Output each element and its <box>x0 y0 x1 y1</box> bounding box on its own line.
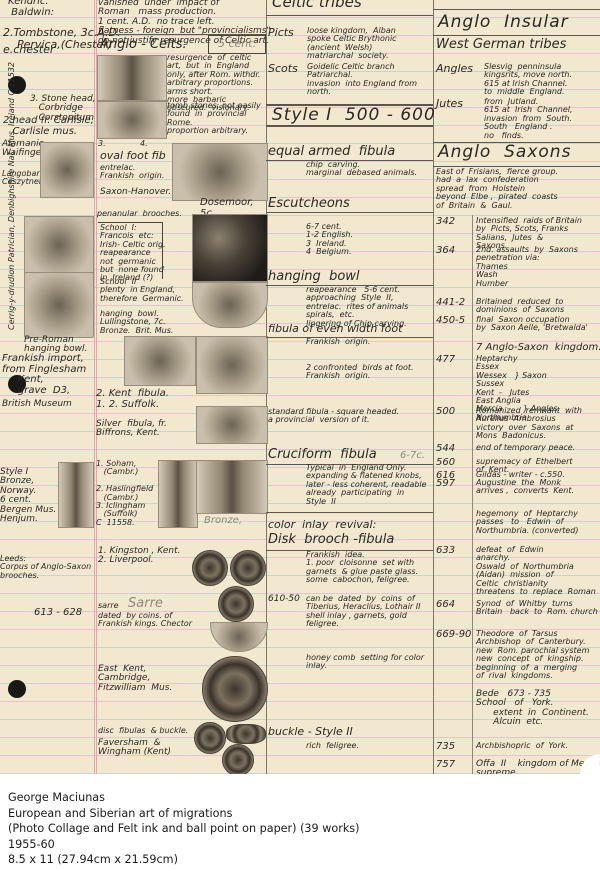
photo-number-4: 4. <box>140 140 148 148</box>
note-tombstones: tomb stones, not easily found in provinc… <box>167 102 261 136</box>
heading-anglo-saxons: Anglo Saxons <box>438 144 571 162</box>
date-610-50: 610-50 <box>268 595 300 604</box>
heading-hanging-bowl: hanging bowl <box>268 270 360 284</box>
note-disc-fibulas: disc fibulas & buckle. <box>98 727 188 735</box>
note-kent-fibula: 2. Kent fibula. 1. 2. Suffolk. <box>96 389 169 410</box>
photo-bird-fibulae <box>196 336 268 394</box>
rule <box>266 15 433 16</box>
rule <box>266 212 433 213</box>
note-confronted-birds: 2 confronted birds at foot. Frankish ori… <box>306 364 414 381</box>
note-even-width: Frankish origin. <box>306 338 370 346</box>
note-frankish-import: Frankish import, from Finglesham Kent, g… <box>2 354 86 396</box>
note-chip-carving: chip carving. marginal debased animals. <box>306 161 417 178</box>
notebook-page-artwork: Kendric. Baldwin: 2.Tombstone, 3c.A.D. P… <box>0 0 600 774</box>
heading-cruciform-fibula: Cruciform fibula <box>268 448 377 462</box>
note-lullingstone: hanging bowl. Lullingstone, 7c. Bronze. … <box>100 310 173 335</box>
note-british-museum: British Museum <box>2 400 72 409</box>
caption-date: 1955-60 <box>8 837 360 853</box>
note-date-613: 613 - 628 <box>34 608 82 619</box>
page-corner-curl <box>580 754 600 774</box>
note-scots: Goidelic Celtic branch Patriarchal. inva… <box>307 63 417 97</box>
note-school-two: School II plenty in England, therefore G… <box>100 278 184 303</box>
timeline-entry: Augustine the Monk arrives , converts Ke… <box>476 479 574 496</box>
timeline-year: 450-5 <box>436 316 465 327</box>
anglo-celts-date: 5 cent. <box>218 38 256 50</box>
photo-even-width-fibulae <box>124 336 196 386</box>
photo-hanging-bowl-plate <box>24 272 94 338</box>
note-penannular: penanular brooches. <box>97 210 182 218</box>
note-bronze: Bronze, <box>204 516 242 527</box>
photo-hanging-bowl <box>192 282 268 328</box>
note-east-kent: East Kent, Cambridge, Fitzwilliam Mus. <box>98 665 172 693</box>
rule <box>433 9 600 10</box>
photo-buckle <box>226 724 266 744</box>
note-school-one: School I: Francois etc: Irish- Celtic or… <box>100 224 166 283</box>
photo-disk-brooch-2 <box>230 550 266 586</box>
label-scots: Scots <box>268 63 298 75</box>
timeline-year: 757 <box>436 760 455 771</box>
note-saxon-hanover: Saxon-Hanover. <box>100 188 171 197</box>
note-cruciform: Typical in England Only. expanding & fla… <box>306 464 427 506</box>
heading-anglo-celts: Anglo - Celts. <box>100 38 187 52</box>
note-disk-brooch: Frankish idea. 1. poor cloisonne set wit… <box>306 551 418 585</box>
heading-west-german-tribes: West German tribes <box>436 38 566 52</box>
note-style-one-bronze: Style I Bronze, Norway. 6 cent. Bergen M… <box>0 468 56 525</box>
photo-square-headed-fibula <box>196 406 268 444</box>
heading-even-width-foot: fibula of even width foot <box>268 323 402 335</box>
heading-oval-foot: oval foot fib <box>100 150 166 162</box>
timeline-entry: Romanized remnant with Aurelius Ambrosiu… <box>476 407 582 441</box>
note-honeycomb: honey comb setting for color inlay. <box>306 654 424 671</box>
caption-title: European and Siberian art of migrations <box>8 806 360 822</box>
photo-cruciform-2-3 <box>196 460 268 514</box>
heading-disk-brooch: Disk brooch -fibula <box>268 533 394 547</box>
timeline-year: 364 <box>436 246 455 257</box>
timeline-entry: end of temporary peace. <box>476 444 575 452</box>
heading-celtic-tribes: Celtic tribes <box>272 0 362 11</box>
cruciform-date: 6-7c. <box>400 451 425 462</box>
note-frisians: East of Frisians, fierce group. had a la… <box>436 168 558 210</box>
photo-sarre-necklace <box>210 622 268 652</box>
timeline-entry: Theodore of Tarsus Archbishop of Canterb… <box>476 630 589 680</box>
note-leeds-corpus: Leeds: Corpus of Anglo-Saxon brooches. <box>0 555 91 580</box>
photo-kingston-brooch <box>202 656 268 722</box>
timeline-year: 544 <box>436 444 455 455</box>
timeline-entry: Archbishopric of York. <box>476 742 568 750</box>
timeline-entry: defeat of Edwin anarchy. Oswald of North… <box>476 546 596 596</box>
note-kendric: Kendric. Baldwin: <box>8 0 54 18</box>
punch-hole <box>8 680 26 698</box>
photo-disc-fibula-2 <box>222 744 254 774</box>
photo-fibulae <box>40 142 94 198</box>
timeline-entry: Synod of Whitby turns Britain back to Ro… <box>476 600 598 617</box>
timeline-year: 441-2 <box>436 298 465 309</box>
note-angles: Slesvig penninsula kingsrits, move north… <box>484 63 572 97</box>
photo-sarre-brooch <box>218 586 254 622</box>
timeline-year: 342 <box>436 217 455 228</box>
photo-cruciform-1 <box>158 460 198 528</box>
note-rotated-catalog: Cerrig-y-drudion Patrician, Denbighshire… <box>8 62 16 330</box>
photo-tombstones <box>97 55 167 101</box>
timeline-entry: 7 Anglo-Saxon kingdom. <box>476 343 600 354</box>
note-coins: can be dated by coins of Tiberius, Herac… <box>306 595 420 629</box>
photo-number-3: 3. <box>98 140 106 148</box>
note-faversham: Faversham & Wingham (Kent) <box>98 739 171 758</box>
heading-style-one: Style I 500 - 600 <box>272 107 436 125</box>
year-column-divider <box>472 215 473 774</box>
photo-disc-fibula <box>194 722 226 754</box>
timeline-year: 664 <box>436 600 455 611</box>
note-jutes: from Jutland. 615 at Irish Channel, inva… <box>484 98 573 140</box>
timeline-year: 669-90 <box>436 630 471 641</box>
note-picts: loose kingdom, Alban spoke Celtic Brytho… <box>307 27 397 61</box>
timeline-entry: final Saxon occupation by Saxon Aelle, '… <box>476 316 588 333</box>
heading-buckle-style-two: buckle - Style II <box>268 726 353 738</box>
caption-artist: George Maciunas <box>8 790 360 806</box>
label-angles: Angles <box>436 63 473 75</box>
timeline-entry: Bede 673 - 735 School of York. extent in… <box>476 690 589 728</box>
photo-disk-brooch-1 <box>192 550 228 586</box>
note-sarre-dated: dated by coins. of Frankish kings. Chect… <box>98 612 192 629</box>
note-rich-feligree: rich feligree. <box>306 742 359 750</box>
note-sarre-big: Sarre <box>128 597 163 611</box>
caption-medium: (Photo Collage and Felt ink and ball poi… <box>8 821 360 837</box>
timeline-year: 560 <box>436 458 455 469</box>
photo-escutcheons <box>192 214 268 282</box>
timeline-entry: 2nd. assaults by Saxons penetration via:… <box>476 246 578 288</box>
heading-escutcheons: Escutcheons <box>268 197 350 211</box>
timeline-year: 500 <box>436 407 455 418</box>
timeline-year: 633 <box>436 546 455 557</box>
heading-equal-armed-fibula: equal armed fibula <box>268 145 395 159</box>
note-escutcheons: 6-7 cent. 1-2 English. 3 Ireland. 4 Belg… <box>306 223 353 257</box>
rule <box>433 35 600 36</box>
note-cruciform-list: 1. Soham, (Cambr.) 2. Haslingfield (Camb… <box>96 460 153 527</box>
timeline-entry: Britained reduced to dominions of Saxons <box>476 298 564 315</box>
artwork-caption: George Maciunas European and Siberian ar… <box>8 790 360 868</box>
label-picts: Picts <box>268 27 294 39</box>
note-sarre-small: sarre <box>98 602 119 610</box>
rule <box>266 125 433 127</box>
heading-color-inlay: color inlay revival: <box>268 519 376 531</box>
photo-cruciform-brooch <box>58 462 94 528</box>
timeline-entry: hegemony of Heptarchy passes to Edwin of… <box>476 510 579 535</box>
photo-oval-foot-fibulae <box>172 143 268 201</box>
heading-anglo-insular: Anglo Insular <box>438 14 569 32</box>
photo-stone-heads <box>97 101 167 139</box>
caption-dimensions: 8.5 x 11 (27.94cm x 21.59cm) <box>8 852 360 868</box>
timeline-year: 597 <box>436 479 455 490</box>
timeline-year: 477 <box>436 355 455 366</box>
photo-hanging-bowl-fittings <box>24 216 94 274</box>
note-kingston: 1. Kingston , Kent. 2. Liverpool. <box>98 547 181 566</box>
rule <box>266 512 433 513</box>
timeline-year: 735 <box>436 742 455 753</box>
note-head-carlisle: 2.head fr. Carlisle, Carlisle mus. <box>3 116 94 137</box>
note-entrelac: entrelac. Frankish origin. <box>100 164 164 181</box>
note-silver-fibula: Silver fibula, fr. Biffrons, Kent. <box>96 420 167 439</box>
label-jutes: Jutes <box>436 98 463 110</box>
note-chester: e.chester <box>3 44 54 56</box>
note-standard-fibula: standard fibula - square headed. a provi… <box>268 408 399 425</box>
